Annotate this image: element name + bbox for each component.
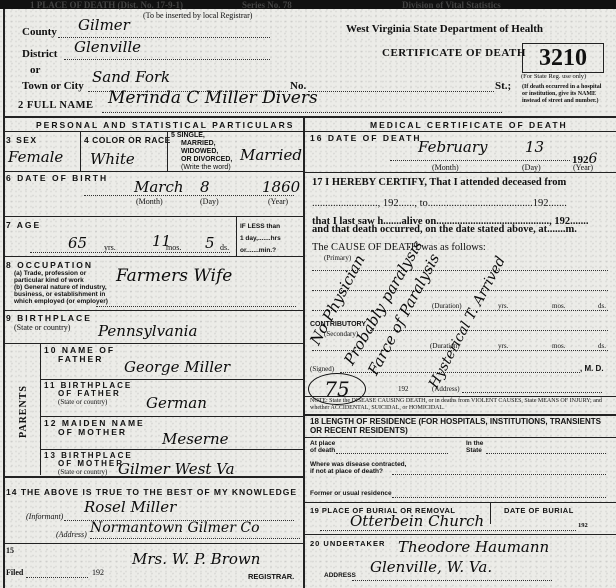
in-state-line: In the (466, 440, 483, 447)
residence-label: 18 LENGTH OF RESIDENCE (FOR HOSPITALS, I… (310, 417, 610, 435)
rule (3, 310, 303, 311)
father-birthplace-line: OF FATHER (44, 390, 132, 398)
town-label: Town or City (22, 80, 84, 92)
filed-label: Filed (6, 568, 23, 577)
rule (40, 416, 303, 417)
cause-handwriting-4: Hysterical T. Arrived (426, 254, 509, 391)
dod-day-caption: (Day) (522, 163, 541, 172)
or-label: or (30, 64, 40, 76)
dod-month: February (418, 138, 488, 156)
informant-address-label: (Address) (56, 530, 87, 539)
parents-label: PARENTS (18, 385, 29, 438)
certificate-number: 3210 (522, 43, 604, 73)
occupation-help-line: (a) Trade, profession or (14, 270, 108, 277)
yrs-caption: yrs. (104, 243, 116, 252)
dod-line (390, 160, 570, 161)
full-name-label: 2 FULL NAME (18, 100, 94, 111)
rule (167, 131, 168, 171)
contributory-line (370, 330, 608, 331)
sex-value: Female (8, 148, 63, 166)
registrar-note: (To be inserted by local Registrar) (143, 11, 252, 20)
marital-value: Married (240, 146, 302, 164)
dod-label: 16 DATE OF DEATH (310, 133, 422, 143)
informant-value: Rosel Miller (84, 498, 176, 516)
department-name: West Virginia State Department of Health (346, 23, 543, 35)
mos-caption: mos. (166, 243, 181, 252)
signed-label: (Signed) (310, 365, 334, 373)
race-value: White (90, 150, 135, 168)
month-caption: (Month) (136, 197, 163, 206)
certify-line-1: 17 I HEREBY CERTIFY, That I attended dec… (312, 177, 566, 188)
registrar-label: REGISTRAR. (248, 572, 294, 581)
at-place-line: of death (310, 447, 335, 454)
if-less-line: 1 day,.......hrs (240, 233, 281, 245)
filed-year: 192 (92, 568, 104, 577)
father-birthplace-label: 11 BIRTHPLACE OF FATHER (State or countr… (44, 382, 132, 406)
cause-line-2 (312, 290, 608, 291)
rule (236, 216, 237, 256)
birthplace-label: 9 BIRTHPLACE (6, 313, 92, 323)
year-caption: (Year) (268, 197, 288, 206)
undertaker-address-label: ADDRESS (324, 572, 356, 579)
where-contracted-line: Where was disease contracted, (310, 461, 406, 468)
town-value: Sand Fork (92, 68, 170, 86)
where-contracted-dots (392, 474, 606, 475)
rule (303, 131, 616, 132)
ds-1: ds. (598, 302, 606, 310)
hospital-note: (If death occurred in a hospital or inst… (522, 84, 608, 105)
dob-year: 1860 (262, 178, 300, 196)
full-name-line (102, 112, 502, 113)
informant-address-line (90, 538, 300, 539)
signed-year: 192 (398, 385, 409, 393)
rule (3, 476, 303, 478)
dob-day: 8 (200, 178, 210, 196)
certify-line-4: and that death occurred, on the date sta… (312, 224, 577, 235)
father-birthplace-line: (State or country) (44, 398, 132, 406)
duration-label-1: (Duration) (432, 302, 462, 310)
undertaker-address-value: Glenville, W. Va. (370, 558, 492, 576)
race-label: 4 COLOR OR RACE (84, 135, 171, 145)
mother-value: Meserne (162, 430, 229, 448)
left-border (3, 9, 5, 588)
rule (490, 502, 491, 524)
father-label: 10 NAME OF FATHER (44, 346, 115, 364)
where-contracted-label: Where was disease contracted, if not at … (310, 461, 406, 475)
mos-2: mos. (552, 342, 565, 350)
informant-address-value: Normantown Gilmer Co (90, 520, 260, 536)
occupation-help-line: which employed (or employer) (14, 298, 108, 305)
if-less-line: IF LESS than (240, 221, 281, 233)
yrs-2: yrs. (498, 342, 508, 350)
rule (303, 396, 616, 397)
burial-year: 192 (578, 522, 588, 529)
center-divider (303, 117, 305, 588)
dod-month-caption: (Month) (432, 163, 459, 172)
age-label: 7 AGE (6, 220, 41, 230)
division-label: Division of Vital Statistics (402, 0, 501, 10)
place-of-death-label: 1 PLACE OF DEATH (Dist. No. 17-9-1) (30, 0, 183, 10)
county-label: County (22, 26, 57, 38)
occupation-label: 8 OCCUPATION (6, 260, 93, 270)
occupation-value: Farmers Wife (116, 266, 232, 286)
occupation-help-line: particular kind of work (14, 277, 108, 284)
rule (3, 343, 303, 344)
at-place-line: At place (310, 440, 335, 447)
at-place-line-dots (336, 453, 448, 454)
state-reg-note: (For State Reg. use only) (521, 73, 586, 80)
rule (303, 534, 616, 535)
death-certificate: 1 PLACE OF DEATH (Dist. No. 17-9-1) Seri… (0, 0, 616, 588)
rule (3, 131, 303, 132)
age-days: 5 (205, 234, 215, 252)
cause-line: The CAUSE OF DEATH was as follows: (312, 242, 486, 253)
at-place-label: At place of death (310, 440, 335, 454)
rule (3, 216, 303, 217)
signed-address-line (462, 392, 602, 393)
rule (80, 131, 81, 171)
cause-line-3 (312, 310, 608, 311)
birthplace-sub: (State or country) (14, 323, 70, 332)
rule (303, 502, 616, 503)
if-less-label: IF LESS than 1 day,.......hrs or.......m… (240, 221, 281, 257)
full-name-value: Merinda C Miller Divers (108, 88, 318, 108)
sex-label: 3 SEX (6, 135, 38, 145)
marital-label-line: OR DIVORCED, (171, 156, 232, 164)
in-state-line: State (466, 447, 483, 454)
ds-caption: ds. (220, 243, 229, 252)
rule (3, 256, 303, 257)
rule (3, 171, 303, 172)
street-line (308, 91, 494, 92)
yrs-1: yrs. (498, 302, 508, 310)
undertaker-address-line (352, 580, 552, 581)
ds-2: ds. (598, 342, 606, 350)
dod-day: 13 (525, 138, 544, 156)
certificate-title: CERTIFICATE OF DEATH (382, 47, 526, 59)
informant-label: (Informant) (26, 512, 63, 521)
undertaker-label: 20 UNDERTAKER (310, 539, 385, 548)
rule (3, 543, 303, 544)
md-label: , M. D. (580, 364, 604, 373)
rule (303, 437, 616, 438)
certify-line-2: ........................., 192......, to… (312, 198, 567, 209)
marital-label-line: MARRIED, (171, 140, 232, 148)
informant-header: 14 THE ABOVE IS TRUE TO THE BEST OF MY K… (6, 487, 297, 497)
mother-label: 12 MAIDEN NAME OF MOTHER (44, 419, 145, 437)
occupation-help-line: (b) General nature of industry, (14, 284, 108, 291)
occupation-help-line: business, or establishment in (14, 291, 108, 298)
age-years: 65 (68, 234, 87, 252)
in-state-line-dots (486, 453, 606, 454)
father-label-line: FATHER (44, 355, 115, 364)
cause-note: NOTE: State the DISEASE CAUSING DEATH, o… (310, 398, 610, 412)
burial-place-value: Otterbein Church (350, 512, 484, 530)
age-line (30, 252, 230, 253)
birthplace-value: Pennsylvania (98, 322, 197, 340)
dob-label: 6 DATE OF BIRTH (6, 173, 108, 183)
rule (40, 343, 41, 475)
mother-label-line: OF MOTHER (44, 428, 145, 437)
occupation-line (96, 306, 296, 307)
mos-1: mos. (552, 302, 565, 310)
rule (303, 414, 616, 416)
burial-line (320, 530, 576, 531)
undertaker-value: Theodore Haumann (398, 538, 549, 556)
filed-number: 15 (6, 546, 14, 555)
rule (40, 449, 303, 450)
father-birthplace-value: German (146, 394, 207, 412)
header-divider (3, 116, 616, 118)
registrar-signature: Mrs. W. P. Brown (132, 550, 260, 568)
dob-month: March (134, 178, 184, 196)
district-line (64, 59, 270, 60)
series-label: Series No. 78 (242, 0, 292, 10)
dod-year-caption: (Year) (573, 163, 593, 172)
marital-label: 5 SINGLE, MARRIED, WIDOWED, OR DIVORCED,… (171, 132, 232, 172)
rule (40, 379, 303, 380)
personal-section-title: PERSONAL AND STATISTICAL PARTICULARS (36, 120, 294, 130)
day-caption: (Day) (200, 197, 219, 206)
former-residence-dots (392, 497, 606, 498)
st-label: St.; (495, 80, 511, 92)
district-value: Glenville (74, 38, 141, 56)
rule (303, 172, 616, 173)
in-state-label: In the State (466, 440, 483, 454)
former-residence-label: Former or usual residence (310, 490, 392, 497)
filed-line (26, 577, 88, 578)
district-label: District (22, 48, 57, 60)
county-value: Gilmer (78, 16, 130, 34)
marital-label-line: WIDOWED, (171, 148, 232, 156)
father-value: George Miller (124, 358, 230, 376)
medical-section-title: MEDICAL CERTIFICATE OF DEATH (370, 120, 568, 130)
marital-label-line: 5 SINGLE, (171, 132, 232, 140)
occupation-help: (a) Trade, profession or particular kind… (14, 270, 108, 305)
burial-date-label: DATE OF BURIAL (504, 506, 574, 515)
